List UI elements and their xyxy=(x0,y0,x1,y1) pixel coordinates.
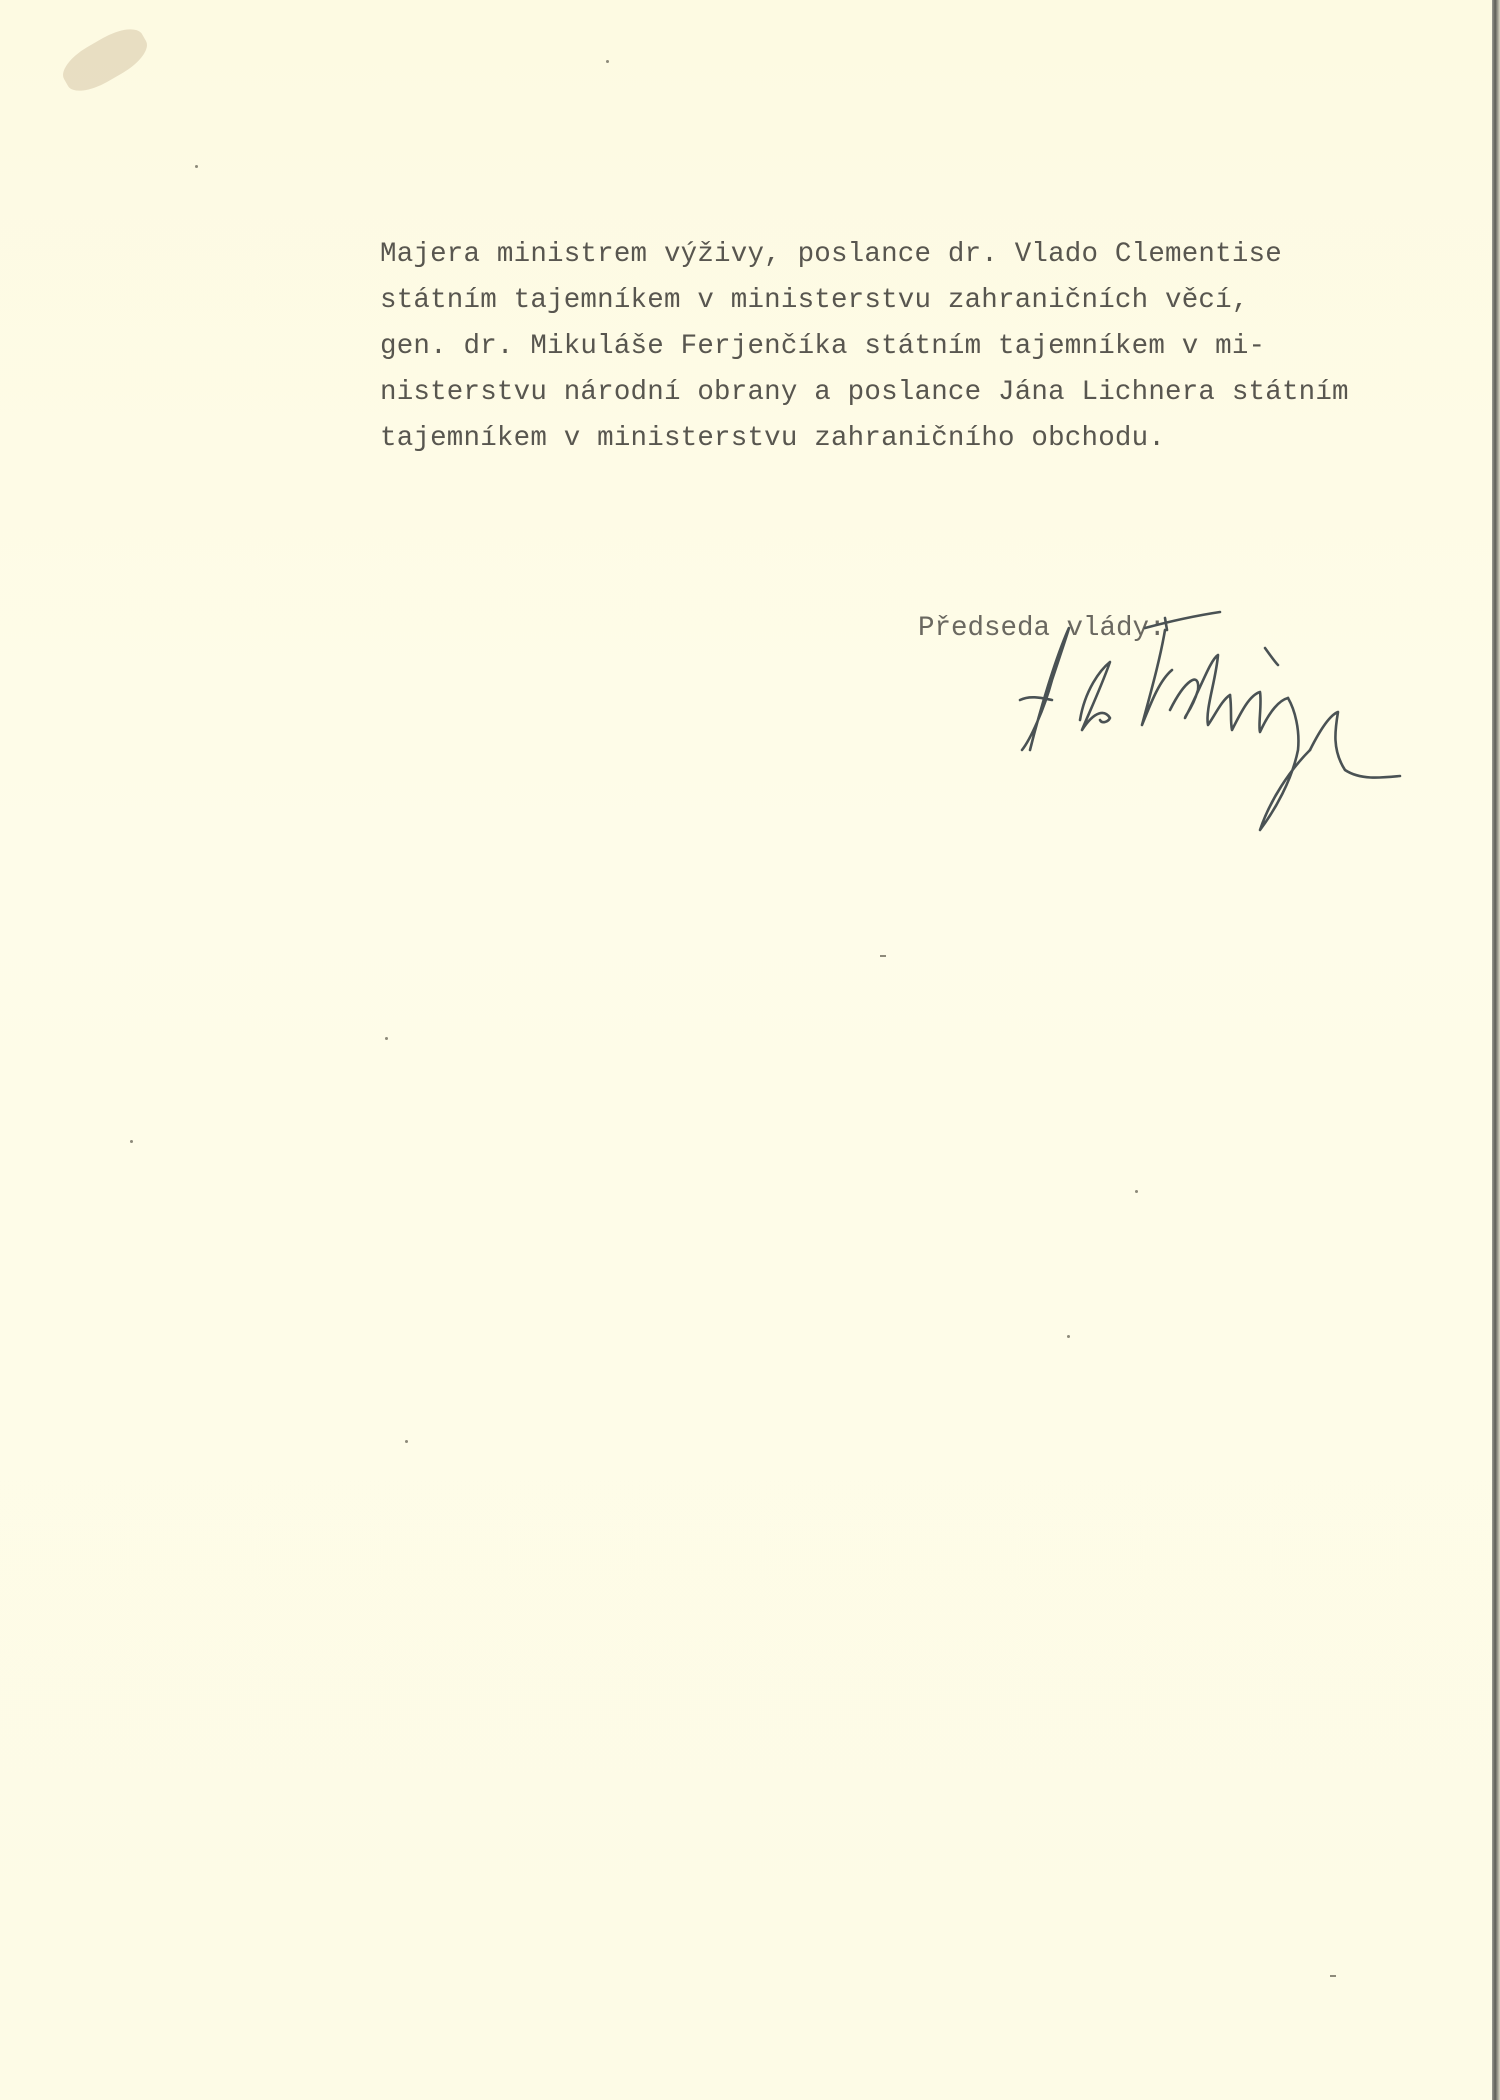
text-line: státním tajemníkem v ministerstvu zahran… xyxy=(380,278,1460,324)
text-line: nisterstvu národní obrany a poslance Ján… xyxy=(380,370,1460,416)
paper-speck xyxy=(1135,1190,1138,1193)
paper-speck xyxy=(195,165,198,168)
paper-speck xyxy=(1067,1335,1070,1338)
document-page: Majera ministrem výživy, poslance dr. Vl… xyxy=(0,0,1492,2100)
text-line: gen. dr. Mikuláše Ferjenčíka státním taj… xyxy=(380,324,1460,370)
handwritten-signature xyxy=(960,600,1410,850)
paper-speck xyxy=(1330,1975,1336,1977)
paper-speck xyxy=(880,955,886,957)
text-line: Majera ministrem výživy, poslance dr. Vl… xyxy=(380,232,1460,278)
paper-speck xyxy=(606,60,609,63)
paper-speck xyxy=(130,1140,133,1143)
typed-body-text: Majera ministrem výživy, poslance dr. Vl… xyxy=(380,232,1460,462)
page-edge xyxy=(1492,0,1500,2100)
paper-speck xyxy=(385,1037,388,1040)
paper-speck xyxy=(405,1440,408,1443)
paper-stain xyxy=(56,20,154,100)
text-line: tajemníkem v ministerstvu zahraničního o… xyxy=(380,416,1460,462)
